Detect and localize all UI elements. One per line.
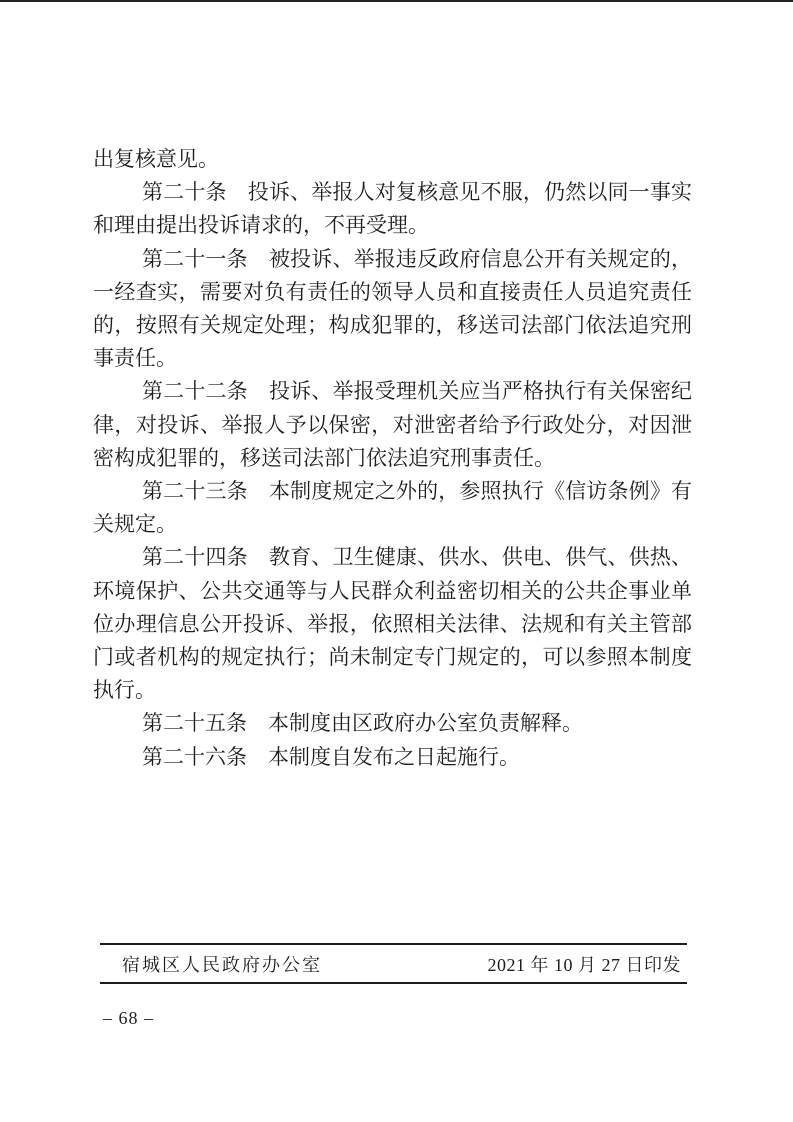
document-page: 出复核意见。 第二十条 投诉、举报人对复核意见不服，仍然以同一事实和理由提出投诉… — [0, 0, 793, 1122]
paragraph-continuation: 出复核意见。 — [93, 143, 692, 176]
paragraph-article-22: 第二十二条 投诉、举报受理机关应当严格执行有关保密纪律，对投诉、举报人予以保密，… — [93, 375, 692, 475]
page-number: – 68 – — [103, 1008, 154, 1029]
colophon-bar: 宿城区人民政府办公室 2021 年 10 月 27 日印发 — [100, 943, 687, 984]
paragraph-article-25: 第二十五条 本制度由区政府办公室负责解释。 — [93, 707, 692, 740]
paragraph-article-23: 第二十三条 本制度规定之外的，参照执行《信访条例》有关规定。 — [93, 475, 692, 541]
paragraph-article-26: 第二十六条 本制度自发布之日起施行。 — [93, 741, 692, 774]
issuing-office-label: 宿城区人民政府办公室 — [122, 951, 322, 977]
document-body: 出复核意见。 第二十条 投诉、举报人对复核意见不服，仍然以同一事实和理由提出投诉… — [93, 143, 692, 774]
paragraph-article-20: 第二十条 投诉、举报人对复核意见不服，仍然以同一事实和理由提出投诉请求的，不再受… — [93, 176, 692, 242]
paragraph-article-24: 第二十四条 教育、卫生健康、供水、供电、供气、供热、环境保护、公共交通等与人民群… — [93, 541, 692, 707]
paragraph-article-21: 第二十一条 被投诉、举报违反政府信息公开有关规定的，一经查实，需要对负有责任的领… — [93, 243, 692, 376]
page-top-edge-line — [0, 0, 793, 2]
print-date-label: 2021 年 10 月 27 日印发 — [488, 951, 682, 977]
